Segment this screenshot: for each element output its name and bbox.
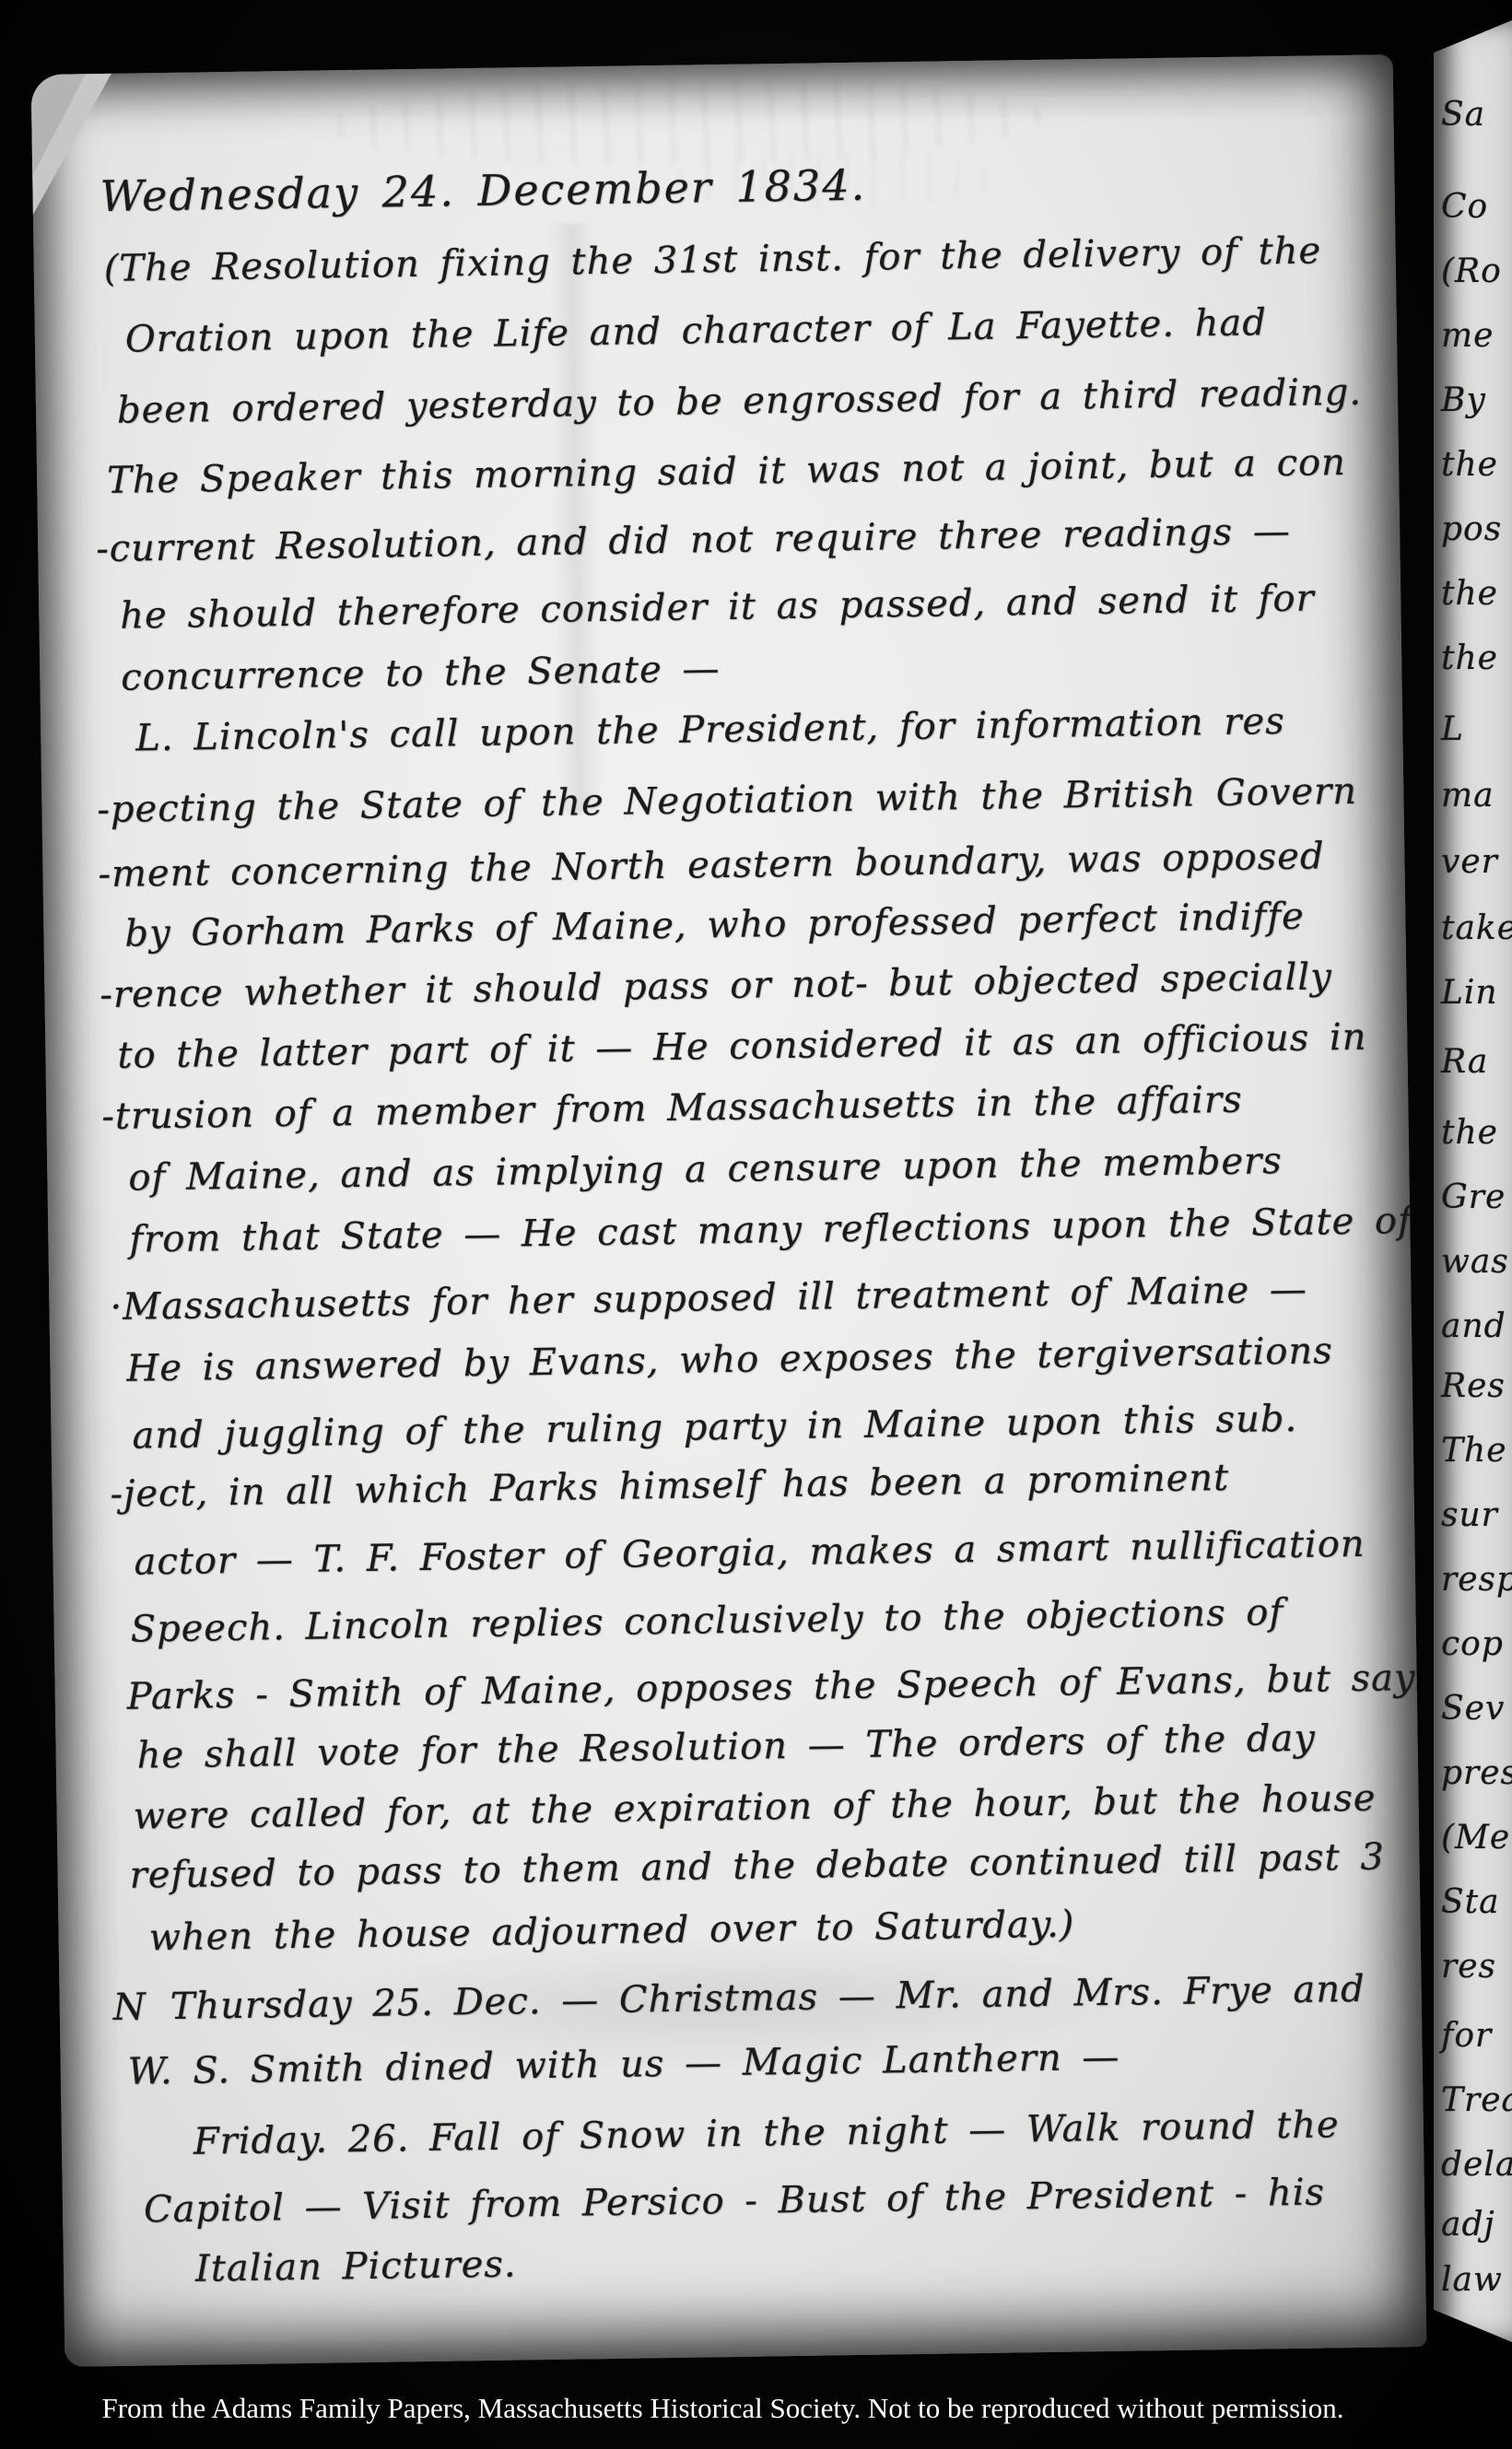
manuscript-line: refused to pass to them and the debate c… <box>129 1836 1385 1897</box>
manuscript-line: of Maine, and as implying a censure upon… <box>128 1140 1283 1200</box>
archive-caption: From the Adams Family Papers, Massachuse… <box>0 2392 1479 2425</box>
manuscript-line: -pecting the State of the Negotiation wi… <box>97 770 1357 831</box>
manuscript-line: W. S. Smith dined with us — Magic Lanthe… <box>127 2036 1119 2093</box>
manuscript-line: -ject, in all which Parks himself has be… <box>110 1457 1229 1516</box>
right-page-text-fragment: Ra <box>1441 1043 1488 1081</box>
entry-date-heading: Wednesday 24. December 1834. <box>100 160 866 221</box>
right-page-text-fragment: law <box>1441 2261 1503 2299</box>
archival-scan: Wednesday 24. December 1834.(The Resolut… <box>0 0 1512 2449</box>
manuscript-line: NThursday 25. Dec. — Christmas — Mr. and… <box>112 1968 1365 2029</box>
manuscript-page-left: Wednesday 24. December 1834.(The Resolut… <box>31 54 1427 2367</box>
right-page-text-fragment: the <box>1441 575 1498 613</box>
manuscript-line: were called for, at the expiration of th… <box>133 1777 1376 1838</box>
right-page-text-fragment: adj <box>1441 2206 1495 2244</box>
right-page-text-fragment: dela <box>1441 2146 1512 2184</box>
manuscript-line: to the latter part of it — He considered… <box>117 1016 1367 1077</box>
manuscript-page-right: SaCo(RomeBytheposthetheLmavertakeLinRath… <box>1434 20 1512 2342</box>
right-page-text-fragment: Co <box>1441 188 1488 226</box>
manuscript-line: concurrence to the Senate — <box>121 648 721 699</box>
manuscript-line: Capitol — Visit from Persico - Bust of t… <box>144 2172 1326 2232</box>
manuscript-line: Italian Pictures. <box>195 2244 517 2291</box>
right-page-text-fragment: By <box>1441 381 1486 419</box>
manuscript-line: he shall vote for the Resolution — The o… <box>136 1717 1316 1777</box>
right-page-text-fragment: Gre <box>1441 1178 1506 1216</box>
manuscript-line: -ment concerning the North eastern bound… <box>98 835 1325 896</box>
manuscript-line: Oration upon the Life and character of L… <box>125 301 1268 360</box>
right-page-text-fragment: Lin <box>1441 974 1498 1012</box>
right-page-text-fragment: was <box>1441 1243 1509 1281</box>
right-page-text-fragment: Trea <box>1441 2081 1512 2119</box>
right-page-text-fragment: (Ro <box>1441 252 1502 290</box>
manuscript-line: -current Resolution, and did not require… <box>96 510 1291 570</box>
right-page-text-fragment: sur <box>1441 1496 1498 1534</box>
margin-mark: N <box>112 1986 170 2029</box>
manuscript-line: actor — T. F. Foster of Georgia, makes a… <box>134 1523 1365 1584</box>
right-page-fragments: SaCo(RomeBytheposthetheLmavertakeLinRath… <box>1434 20 1512 2342</box>
manuscript-line: from that State — He cast many reflectio… <box>129 1200 1412 1261</box>
right-page-text-fragment: resp <box>1441 1561 1512 1599</box>
right-page-text-fragment: L <box>1441 710 1464 748</box>
manuscript-line: Parks - Smith of Maine, opposes the Spee… <box>126 1657 1426 1718</box>
manuscript-line: (The Resolution fixing the 31st inst. fo… <box>103 229 1321 290</box>
right-page-text-fragment: the <box>1441 639 1498 677</box>
right-page-text-fragment: for <box>1441 2017 1492 2055</box>
right-page-text-fragment: the <box>1441 1114 1498 1152</box>
right-page-text-fragment: The <box>1441 1432 1507 1470</box>
right-page-text-fragment: Sa <box>1441 96 1485 134</box>
right-page-text-fragment: pos <box>1441 510 1502 548</box>
manuscript-line: -rence whether it should pass or not- bu… <box>100 955 1332 1016</box>
right-page-text-fragment: take <box>1441 909 1512 947</box>
manuscript-line: Friday. 26. Fall of Snow in the night — … <box>193 2103 1340 2162</box>
manuscript-line: by Gorham Parks of Maine, who professed … <box>124 896 1305 955</box>
right-page-text-fragment: ma <box>1441 777 1494 814</box>
right-page-text-fragment: Sev <box>1441 1690 1505 1728</box>
right-page-text-fragment: me <box>1441 317 1494 355</box>
right-page-text-fragment: Res <box>1441 1367 1506 1405</box>
right-page-text-fragment: (Me <box>1441 1819 1510 1857</box>
right-page-text-fragment: res <box>1441 1948 1496 1986</box>
manuscript-line: when the house adjourned over to Saturda… <box>148 1904 1074 1960</box>
right-page-text-fragment: the <box>1441 446 1498 484</box>
manuscript-lines: Wednesday 24. December 1834.(The Resolut… <box>31 54 1427 2367</box>
manuscript-line: He is answered by Evans, who exposes the… <box>126 1330 1333 1389</box>
manuscript-line: L. Lincoln's call upon the President, fo… <box>135 700 1285 760</box>
manuscript-line: ·Massachusetts for her supposed ill trea… <box>110 1269 1307 1329</box>
right-page-text-fragment: ver <box>1441 843 1498 881</box>
manuscript-line: -trusion of a member from Massachusetts … <box>101 1079 1243 1138</box>
manuscript-line: he should therefore consider it as passe… <box>120 577 1315 637</box>
manuscript-line: Speech. Lincoln replies conclusively to … <box>130 1591 1283 1651</box>
right-page-text-fragment: cop <box>1441 1625 1504 1663</box>
right-page-text-fragment: Sta <box>1441 1883 1500 1921</box>
manuscript-line: been ordered yesterday to be engrossed f… <box>117 371 1363 432</box>
right-page-text-fragment: and <box>1441 1307 1506 1345</box>
right-page-text-fragment: pres <box>1441 1754 1512 1792</box>
manuscript-line: and juggling of the ruling party in Main… <box>132 1398 1297 1458</box>
manuscript-line: The Speaker this morning said it was not… <box>107 441 1346 502</box>
